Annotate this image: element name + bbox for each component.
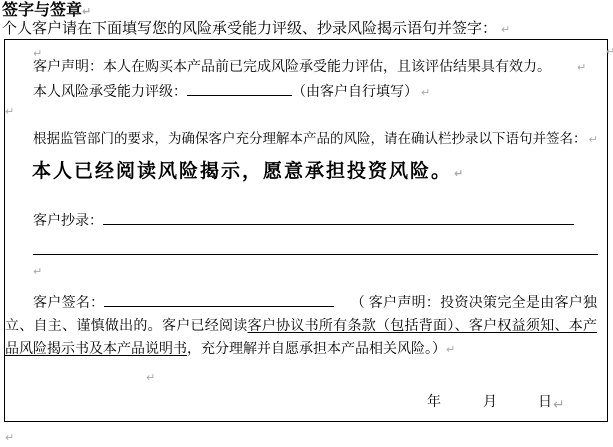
cell-end-mark: ↵ [606, 42, 613, 61]
risk-rating-blank[interactable] [187, 80, 292, 96]
paragraph-mark-icon: ↵ [589, 133, 598, 146]
instruction-line: 根据监管部门的要求，为确保客户充分理解本产品的风险，请在确认栏抄录以下语句并签名… [33, 129, 598, 149]
date-year-label: 年 [427, 394, 441, 412]
signature-blank[interactable] [104, 291, 334, 307]
copy-label: 客户抄录： [33, 214, 103, 229]
risk-rating-note: （由客户自行填写） [292, 85, 418, 100]
copy-blank-line-1[interactable] [103, 209, 574, 225]
paragraph-mark-icon: ↵ [446, 343, 455, 356]
paragraph-mark-icon: ↵ [454, 167, 463, 180]
date-month-label: 月 [483, 394, 497, 412]
paragraph-mark-icon: ↵ [501, 23, 510, 36]
paragraph-mark-icon: ↵ [5, 105, 14, 118]
risk-rating-label: 本人风险承受能力评级： [33, 85, 187, 100]
paragraph-mark-icon: ↵ [577, 61, 586, 74]
document-page: 签字与签章↵ 个人客户请在下面填写您的风险承受能力评级、抄录风险揭示语句并签字：… [0, 0, 613, 447]
copy-line: 客户抄录： [33, 209, 574, 231]
client-statement-text: 客户声明：本人在购买本产品前已完成风险承受能力评估，且该评估结果具有效力。 [33, 60, 551, 75]
copy-blank-line-2[interactable] [33, 238, 598, 255]
risk-statement-line: 本人已经阅读风险揭示，愿意承担投资风险。↵ [32, 160, 463, 186]
signature-note-suffix: ，充分理解并自愿承担本产品相关风险。） [187, 342, 446, 357]
risk-rating-line: 本人风险承受能力评级：（由客户自行填写）↵ [33, 80, 430, 102]
signature-label: 客户签名： [33, 296, 104, 311]
paragraph-mark-icon: ↵ [146, 371, 155, 384]
paragraph-mark-icon: ↵ [5, 431, 14, 444]
paragraph-mark-icon: ↵ [606, 45, 613, 58]
paragraph-mark-icon: ↵ [33, 265, 42, 278]
section-heading-text: 签字与签章 [2, 2, 82, 19]
empty-paragraph: ↵ [5, 428, 14, 447]
date-day-label: 日 [538, 394, 552, 412]
paragraph-mark-icon: ↵ [553, 396, 565, 414]
empty-paragraph: ↵ [146, 368, 155, 387]
paragraph-mark-icon: ↵ [82, 5, 91, 18]
section-heading: 签字与签章↵ [2, 2, 91, 21]
paragraph-mark-icon: ↵ [421, 86, 430, 99]
risk-statement-text: 本人已经阅读风险揭示，愿意承担投资风险。 [32, 161, 452, 182]
instruction-text: 根据监管部门的要求，为确保客户充分理解本产品的风险，请在确认栏抄录以下语句并签名… [33, 131, 587, 146]
empty-paragraph: ↵ [33, 262, 42, 281]
empty-paragraph: ↵ [5, 102, 14, 121]
intro-line-text: 个人客户请在下面填写您的风险承受能力评级、抄录风险揭示语句并签字： [2, 21, 497, 37]
intro-line: 个人客户请在下面填写您的风险承受能力评级、抄录风险揭示语句并签字：↵ [2, 20, 510, 39]
client-statement-line: 客户声明：本人在购买本产品前已完成风险承受能力评估，且该评估结果具有效力。↵ [33, 58, 586, 77]
signature-paragraph: 客户签名：（ 客户声明：投资决策完全是由客户独立、自主、谨慎做出的。客户已经阅读… [5, 291, 597, 361]
